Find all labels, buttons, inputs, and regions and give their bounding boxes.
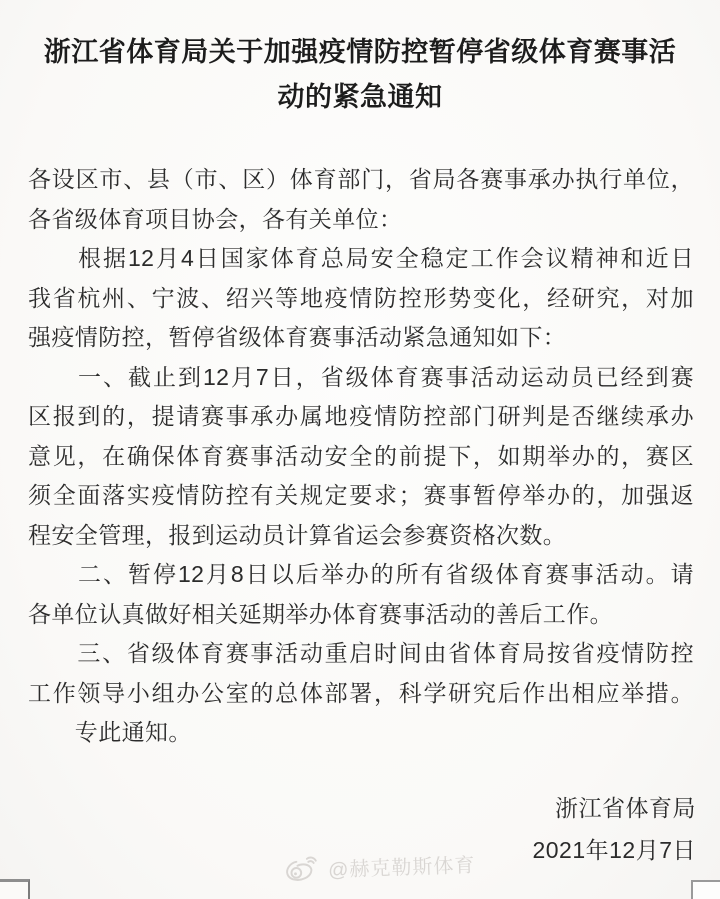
body-line: 强疫情防控，暂停省级体育赛事活动紧急通知如下：	[28, 318, 694, 358]
notice-body: 各设区市、县（市、区）体育部门，省局各赛事承办执行单位， 各省级体育项目协会，各…	[28, 160, 694, 753]
body-line: 须全面落实疫情防控有关规定要求；赛事暂停举办的，加强返	[28, 476, 694, 516]
body-line: 专此通知。	[28, 713, 694, 753]
signature-org: 浙江省体育局	[532, 787, 696, 829]
body-line: 区报到的，提请赛事承办属地疫情防控部门研判是否继续承办	[28, 397, 694, 437]
body-line: 我省杭州、宁波、绍兴等地疫情防控形势变化，经研究，对加	[28, 279, 694, 319]
notice-document: 浙江省体育局关于加强疫情防控暂停省级体育赛事活 动的紧急通知 各设区市、县（市、…	[0, 0, 720, 899]
body-line: 一、截止到12月7日，省级体育赛事活动运动员已经到赛	[28, 358, 694, 398]
weibo-icon	[283, 853, 320, 884]
title-line-2: 动的紧急通知	[0, 75, 720, 120]
body-line: 程安全管理，报到运动员计算省运会参赛资格次数。	[28, 516, 694, 556]
body-line: 各设区市、县（市、区）体育部门，省局各赛事承办执行单位，	[28, 160, 694, 200]
next-page-corner-left	[0, 879, 30, 899]
body-line: 三、省级体育赛事活动重启时间由省体育局按省疫情防控	[28, 634, 694, 674]
body-line: 工作领导小组办公室的总体部署，科学研究后作出相应举措。	[28, 674, 694, 714]
body-line: 各省级体育项目协会，各有关单位：	[28, 200, 694, 240]
next-page-corner-right	[691, 880, 720, 899]
notice-title: 浙江省体育局关于加强疫情防控暂停省级体育赛事活 动的紧急通知	[0, 30, 720, 120]
body-line: 二、暂停12月8日以后举办的所有省级体育赛事活动。请	[28, 555, 694, 595]
signature-block: 浙江省体育局 2021年12月7日	[532, 787, 696, 871]
watermark-handle: @赫克勒斯体育	[328, 848, 476, 882]
body-line: 各单位认真做好相关延期举办体育赛事活动的善后工作。	[28, 595, 694, 635]
body-line: 意见，在确保体育赛事活动安全的前提下，如期举办的，赛区	[28, 437, 694, 477]
signature-date: 2021年12月7日	[532, 829, 696, 871]
weibo-watermark: @赫克勒斯体育	[283, 848, 476, 885]
body-line: 根据12月4日国家体育总局安全稳定工作会议精神和近日	[28, 239, 694, 279]
title-line-1: 浙江省体育局关于加强疫情防控暂停省级体育赛事活	[0, 30, 720, 75]
